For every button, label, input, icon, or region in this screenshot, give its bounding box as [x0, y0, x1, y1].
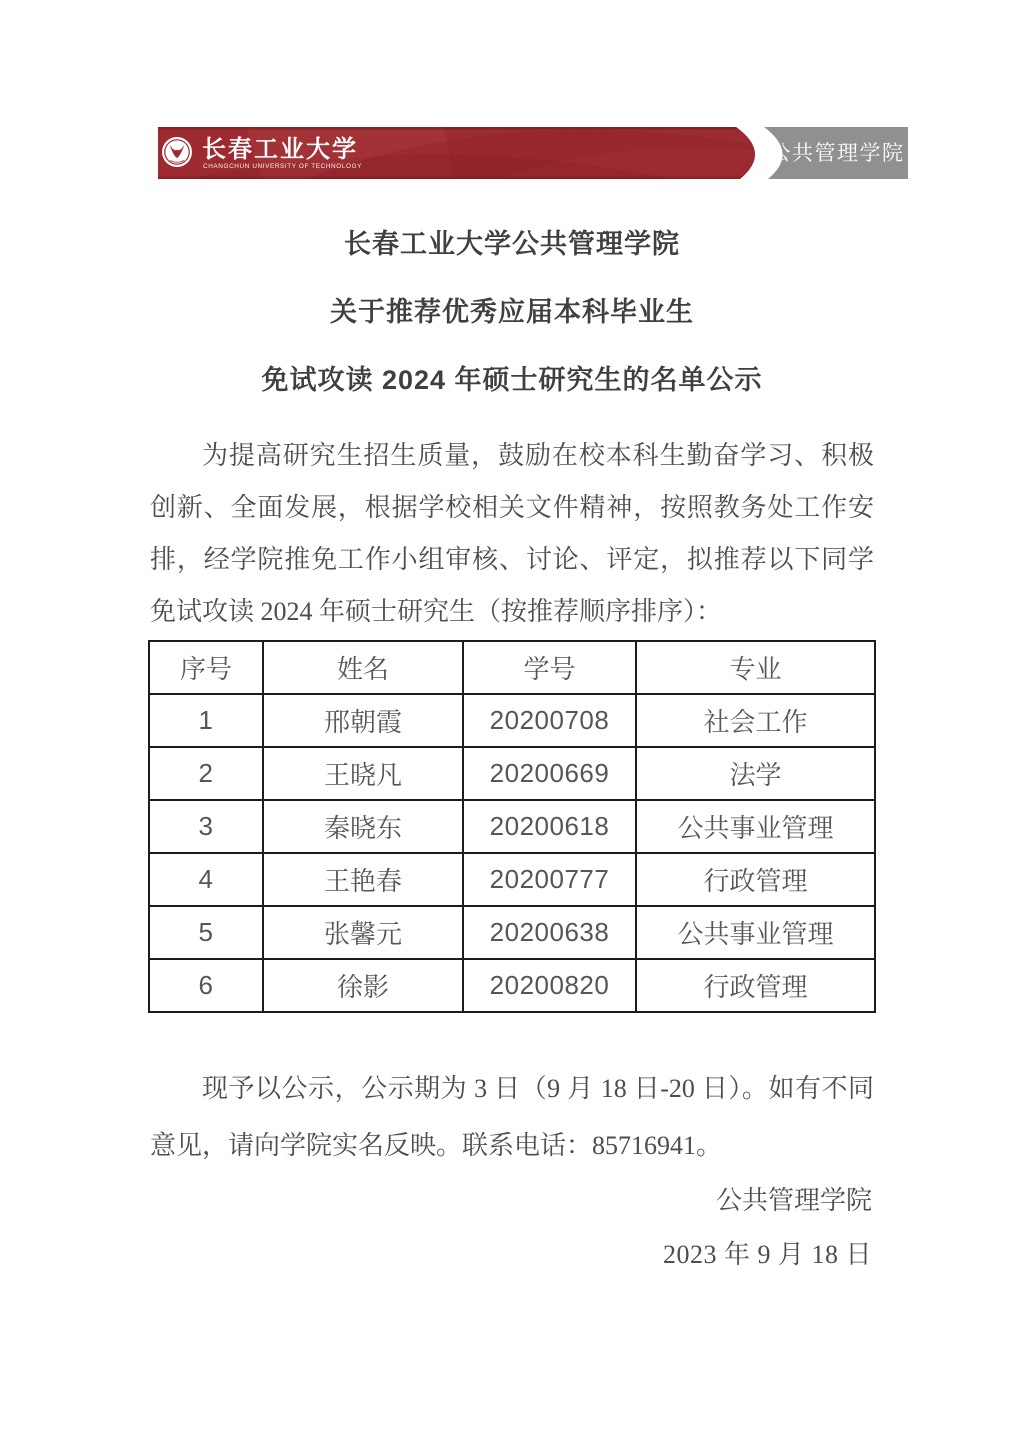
document-title-block: 长春工业大学公共管理学院 关于推荐优秀应届本科毕业生 免试攻读 2024 年硕士…: [150, 210, 874, 414]
table-row: 3 秦晓东 20200618 公共事业管理: [149, 800, 875, 853]
cell-no: 3: [149, 800, 263, 853]
cell-major: 法学: [636, 747, 875, 800]
cell-student-id: 20200708: [463, 694, 636, 747]
table-row: 2 王晓凡 20200669 法学: [149, 747, 875, 800]
signature-date: 2023 年 9 月 18 日: [150, 1228, 872, 1282]
header-name: 姓名: [263, 641, 463, 694]
university-logo-icon: [162, 137, 192, 167]
header-student-id: 学号: [463, 641, 636, 694]
table-row: 5 张馨元 20200638 公共事业管理: [149, 906, 875, 959]
table-row: 6 徐影 20200820 行政管理: [149, 959, 875, 1012]
university-name: 长春工业大学: [202, 135, 358, 163]
cell-major: 行政管理: [636, 959, 875, 1012]
table-row: 4 王艳春 20200777 行政管理: [149, 853, 875, 906]
cell-major: 行政管理: [636, 853, 875, 906]
cell-no: 2: [149, 747, 263, 800]
cell-major: 公共事业管理: [636, 906, 875, 959]
table-header-row: 序号 姓名 学号 专业: [149, 641, 875, 694]
cell-name: 徐影: [263, 959, 463, 1012]
header-major: 专业: [636, 641, 875, 694]
title-line-3: 免试攻读 2024 年硕士研究生的名单公示: [150, 346, 874, 414]
cell-name: 秦晓东: [263, 800, 463, 853]
cell-no: 5: [149, 906, 263, 959]
closing-paragraph: 现予以公示，公示期为 3 日（9 月 18 日-20 日）。如有不同意见，请向学…: [150, 1060, 874, 1174]
cell-no: 6: [149, 959, 263, 1012]
university-name-en: CHANGCHUN UNIVERSITY OF TECHNOLOGY: [203, 163, 362, 170]
department-badge: 公共管理学院: [770, 142, 905, 165]
cell-name: 王晓凡: [263, 747, 463, 800]
cell-name: 邢朝霞: [263, 694, 463, 747]
cell-no: 1: [149, 694, 263, 747]
header-no: 序号: [149, 641, 263, 694]
cell-major: 公共事业管理: [636, 800, 875, 853]
signature-block: 公共管理学院 2023 年 9 月 18 日: [150, 1174, 872, 1282]
cell-student-id: 20200820: [463, 959, 636, 1012]
cell-name: 张馨元: [263, 906, 463, 959]
intro-paragraph: 为提高研究生招生质量，鼓励在校本科生勤奋学习、积极创新、全面发展，根据学校相关文…: [150, 430, 874, 638]
cell-name: 王艳春: [263, 853, 463, 906]
table-row: 1 邢朝霞 20200708 社会工作: [149, 694, 875, 747]
title-line-1: 长春工业大学公共管理学院: [150, 210, 874, 278]
cell-student-id: 20200669: [463, 747, 636, 800]
signature-department: 公共管理学院: [150, 1174, 872, 1228]
cell-no: 4: [149, 853, 263, 906]
cell-major: 社会工作: [636, 694, 875, 747]
banner-graphic: 长春工业大学 CHANGCHUN UNIVERSITY OF TECHNOLOG…: [158, 125, 908, 181]
university-banner: 长春工业大学 CHANGCHUN UNIVERSITY OF TECHNOLOG…: [158, 125, 908, 181]
recommendation-table: 序号 姓名 学号 专业 1 邢朝霞 20200708 社会工作 2 王晓凡 20…: [148, 640, 876, 1013]
cell-student-id: 20200777: [463, 853, 636, 906]
document-page: 长春工业大学 CHANGCHUN UNIVERSITY OF TECHNOLOG…: [0, 0, 1024, 1447]
title-line-2: 关于推荐优秀应届本科毕业生: [150, 278, 874, 346]
cell-student-id: 20200638: [463, 906, 636, 959]
cell-student-id: 20200618: [463, 800, 636, 853]
